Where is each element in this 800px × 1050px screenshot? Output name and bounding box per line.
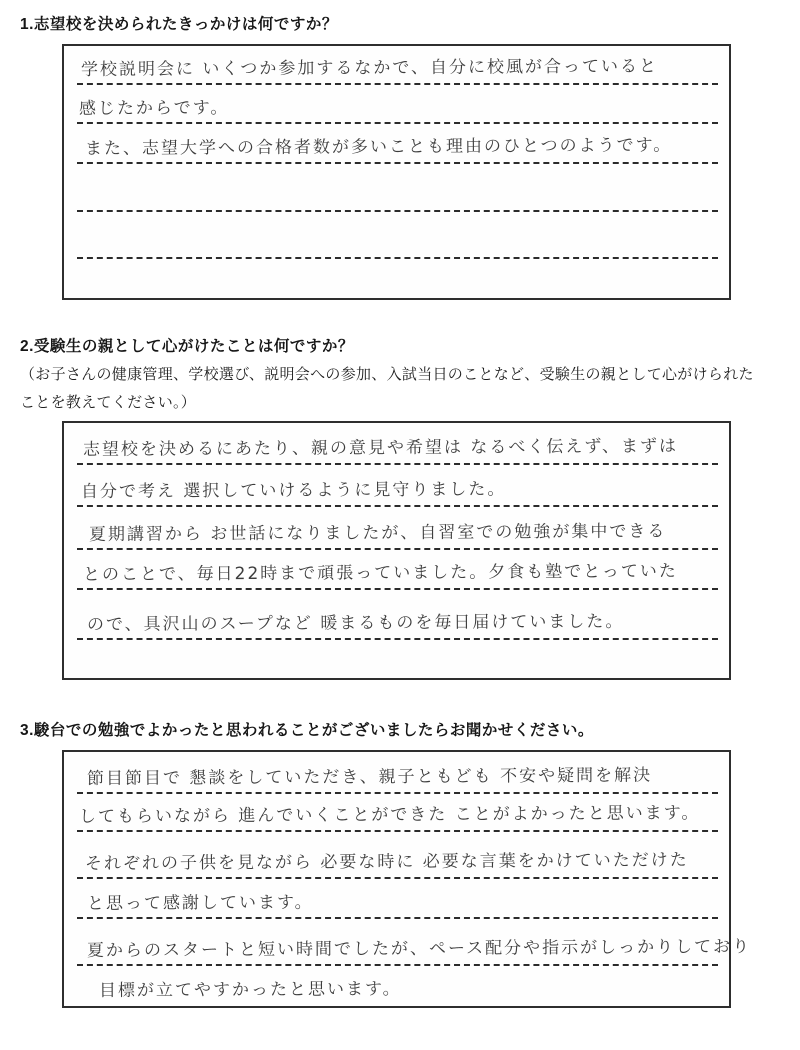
handwritten-text: とのことで、毎日22時まで頑張っていました。夕食も塾でとっていた xyxy=(83,556,678,585)
answer-line: と思って感謝しています。 xyxy=(77,883,718,919)
answer-line: それぞれの子供を見ながら 必要な時に 必要な言葉をかけていただけた xyxy=(77,843,718,879)
answer-line: また、志望大学への合格者数が多いことも理由のひとつのようです。 xyxy=(77,128,718,164)
answer-line: 夏からのスタートと短い時間でしたが、ペース配分や指示がしっかりしており xyxy=(77,930,718,966)
answer-line: とのことで、毎日22時まで頑張っていました。夕食も塾でとっていた xyxy=(77,554,718,590)
answer-line: してもらいながら 進んでいくことができた ことがよかったと思います。 xyxy=(77,796,718,832)
scanned-survey-page: 1.志望校を決められたきっかけは何ですか？ 学校説明会に いくつか参加するなかで… xyxy=(0,0,800,1050)
answer-line: 学校説明会に いくつか参加するなかで、自分に校風が合っていると xyxy=(77,49,718,85)
handwritten-text: 夏からのスタートと短い時間でしたが、ペース配分や指示がしっかりしており xyxy=(87,932,751,961)
handwritten-text: それぞれの子供を見ながら 必要な時に 必要な言葉をかけていただけた xyxy=(85,845,689,874)
handwritten-text: してもらいながら 進んでいくことができた ことがよかったと思います。 xyxy=(79,798,701,827)
question-2-note-line1: （お子さんの健康管理、学校選び、説明会への参加、入試当日のことなど、受験生の親と… xyxy=(20,363,754,384)
answer-line-empty xyxy=(77,176,718,212)
answer-line: 節目節目で 懇談をしていただき、親子ともども 不安や疑問を解決 xyxy=(77,758,718,794)
handwritten-text: 感じたからです。 xyxy=(79,93,230,119)
handwritten-text: 夏期講習から お世話になりましたが、自習室での勉強が集中できる xyxy=(89,516,667,545)
handwritten-text: また、志望大学への合格者数が多いことも理由のひとつのようです。 xyxy=(85,130,672,159)
handwritten-text: 学校説明会に いくつか参加するなかで、自分に校風が合っていると xyxy=(81,51,658,80)
answer-box-3: 節目節目で 懇談をしていただき、親子ともども 不安や疑問を解決 してもらいながら… xyxy=(62,750,731,1008)
answer-line: ので、具沢山のスープなど 暖まるものを毎日届けていました。 xyxy=(77,604,718,640)
answer-line: 目標が立てやすかったと思います。 xyxy=(77,968,718,1004)
answer-line: 夏期講習から お世話になりましたが、自習室での勉強が集中できる xyxy=(77,514,718,550)
question-1-label: 1.志望校を決められたきっかけは何ですか？ xyxy=(20,12,338,34)
handwritten-text: 志望校を決めるにあたり、親の意見や希望は なるべく伝えず、まずは xyxy=(83,431,678,460)
answer-line: 感じたからです。 xyxy=(77,88,718,124)
answer-box-2: 志望校を決めるにあたり、親の意見や希望は なるべく伝えず、まずは 自分で考え 選… xyxy=(62,421,731,680)
answer-line: 自分で考え 選択していけるように見守りました。 xyxy=(77,471,718,507)
handwritten-text: 自分で考え 選択していけるように見守りました。 xyxy=(81,474,507,502)
question-3-label: 3.駿台での勉強でよかったと思われることがございましたらお聞かせください。 xyxy=(20,718,594,740)
answer-line: 志望校を決めるにあたり、親の意見や希望は なるべく伝えず、まずは xyxy=(77,429,718,465)
handwritten-text: と思って感謝しています。 xyxy=(87,888,314,914)
handwritten-text: 節目節目で 懇談をしていただき、親子ともども 不安や疑問を解決 xyxy=(87,761,652,789)
handwritten-text: 目標が立てやすかったと思います。 xyxy=(99,974,402,1001)
question-2-note-line2: ことを教えてください。） xyxy=(20,391,196,412)
question-2-label: 2.受験生の親として心がけたことは何ですか？ xyxy=(20,334,354,356)
answer-line-empty xyxy=(77,223,718,259)
answer-box-1: 学校説明会に いくつか参加するなかで、自分に校風が合っていると 感じたからです。… xyxy=(62,44,731,300)
handwritten-text: ので、具沢山のスープなど 暖まるものを毎日届けていました。 xyxy=(87,607,625,635)
